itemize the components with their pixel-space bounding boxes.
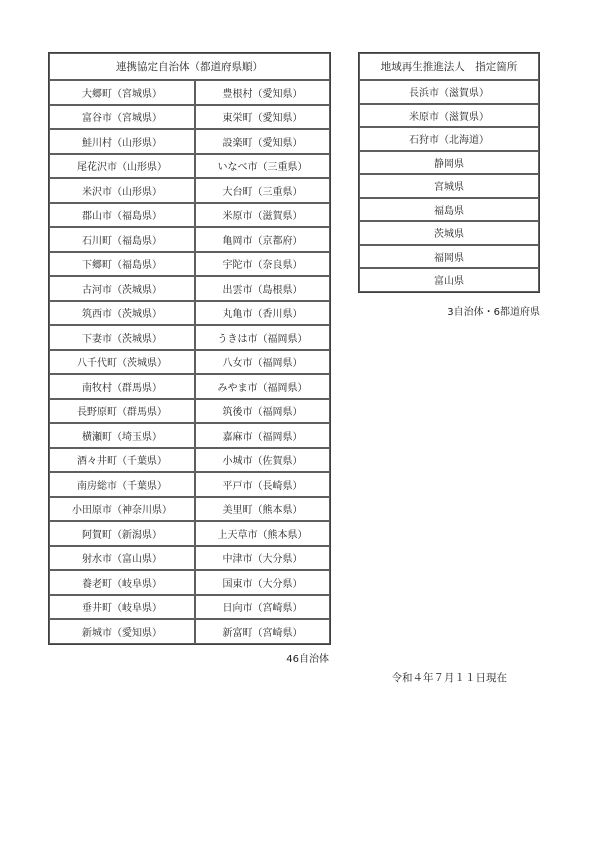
municipality-cell: 阿賀町（新潟県）: [49, 521, 195, 546]
municipality-cell: 大郷町（宮城県）: [49, 80, 195, 105]
municipality-cell: 大台町（三重県）: [195, 178, 330, 203]
right-table-body: 長浜市（滋賀県）米原市（滋賀県）石狩市（北海道）静岡県宮城県福島県茨城県福岡県富…: [359, 80, 539, 292]
municipality-cell: 長野原町（群馬県）: [49, 399, 195, 424]
municipality-cell: 郡山市（福島県）: [49, 203, 195, 228]
designated-place-cell: 石狩市（北海道）: [359, 127, 539, 151]
designated-corporations-table: 地域再生推進法人 指定箇所 長浜市（滋賀県）米原市（滋賀県）石狩市（北海道）静岡…: [358, 52, 540, 293]
municipality-cell: 筑後市（福岡県）: [195, 399, 330, 424]
municipality-cell: 小田原市（神奈川県）: [49, 497, 195, 522]
table-header-row: 地域再生推進法人 指定箇所: [359, 53, 539, 80]
table-row: 富山県: [359, 268, 539, 292]
table-row: 射水市（富山県）中津市（大分県）: [49, 546, 330, 571]
table-row: 小田原市（神奈川県）美里町（熊本県）: [49, 497, 330, 522]
right-table-title: 地域再生推進法人 指定箇所: [359, 53, 539, 80]
municipality-cell: 米沢市（山形県）: [49, 178, 195, 203]
table-header-row: 連携協定自治体（都道府県順）: [49, 53, 330, 80]
table-row: 八千代町（茨城県）八女市（福岡県）: [49, 350, 330, 375]
table-row: 筑西市（茨城県）丸亀市（香川県）: [49, 301, 330, 326]
municipality-cell: 八千代町（茨城県）: [49, 350, 195, 375]
table-row: 阿賀町（新潟県）上天草市（熊本県）: [49, 521, 330, 546]
municipality-cell: 古河市（茨城県）: [49, 276, 195, 301]
left-table-body: 大郷町（宮城県）豊根村（愛知県）富谷市（宮城県）東栄町（愛知県）鮭川村（山形県）…: [49, 80, 330, 644]
municipality-cell: 尾花沢市（山形県）: [49, 154, 195, 179]
table-row: 福岡県: [359, 245, 539, 269]
municipality-cell: 嘉麻市（福岡県）: [195, 423, 330, 448]
table-row: 新城市（愛知県）新富町（宮崎県）: [49, 619, 330, 644]
municipality-cell: 日向市（宮崎県）: [195, 595, 330, 620]
municipality-cell: 南牧村（群馬県）: [49, 374, 195, 399]
municipality-cell: 富谷市（宮城県）: [49, 105, 195, 130]
municipality-cell: 設楽町（愛知県）: [195, 129, 330, 154]
table-row: 養老町（岐阜県）国東市（大分県）: [49, 570, 330, 595]
municipality-cell: 東栄町（愛知県）: [195, 105, 330, 130]
left-table-title: 連携協定自治体（都道府県順）: [49, 53, 330, 80]
table-row: 静岡県: [359, 151, 539, 175]
municipality-cell: 新城市（愛知県）: [49, 619, 195, 644]
partner-municipalities-table: 連携協定自治体（都道府県順） 大郷町（宮城県）豊根村（愛知県）富谷市（宮城県）東…: [48, 52, 331, 645]
designated-place-cell: 米原市（滋賀県）: [359, 104, 539, 128]
table-row: 米沢市（山形県）大台町（三重県）: [49, 178, 330, 203]
municipality-cell: 新富町（宮崎県）: [195, 619, 330, 644]
table-row: 下郷町（福島県）宇陀市（奈良県）: [49, 252, 330, 277]
municipality-cell: 中津市（大分県）: [195, 546, 330, 571]
municipality-cell: うきは市（福岡県）: [195, 325, 330, 350]
table-row: 長浜市（滋賀県）: [359, 80, 539, 104]
table-row: 大郷町（宮城県）豊根村（愛知県）: [49, 80, 330, 105]
municipality-cell: 養老町（岐阜県）: [49, 570, 195, 595]
table-row: 尾花沢市（山形県）いなべ市（三重県）: [49, 154, 330, 179]
table-row: 茨城県: [359, 221, 539, 245]
designated-place-cell: 福島県: [359, 198, 539, 222]
municipality-cell: 平戸市（長崎県）: [195, 472, 330, 497]
municipality-cell: 豊根村（愛知県）: [195, 80, 330, 105]
municipality-cell: 小城市（佐賀県）: [195, 448, 330, 473]
left-table-total-count: 46自治体: [48, 650, 329, 665]
designated-place-cell: 宮城県: [359, 174, 539, 198]
designated-place-cell: 長浜市（滋賀県）: [359, 80, 539, 104]
municipality-cell: 石川町（福島県）: [49, 227, 195, 252]
designated-place-cell: 静岡県: [359, 151, 539, 175]
municipality-cell: 横瀬町（埼玉県）: [49, 423, 195, 448]
municipality-cell: 宇陀市（奈良県）: [195, 252, 330, 277]
municipality-cell: 下妻市（茨城県）: [49, 325, 195, 350]
municipality-cell: 射水市（富山県）: [49, 546, 195, 571]
table-row: 富谷市（宮城県）東栄町（愛知県）: [49, 105, 330, 130]
table-row: 長野原町（群馬県）筑後市（福岡県）: [49, 399, 330, 424]
municipality-cell: 米原市（滋賀県）: [195, 203, 330, 228]
municipality-cell: 筑西市（茨城県）: [49, 301, 195, 326]
designated-place-cell: 茨城県: [359, 221, 539, 245]
municipality-cell: 南房総市（千葉県）: [49, 472, 195, 497]
as-of-date-label: 令和４年７月１１日現在: [0, 670, 507, 685]
document-page: 連携協定自治体（都道府県順） 大郷町（宮城県）豊根村（愛知県）富谷市（宮城県）東…: [0, 0, 595, 841]
municipality-cell: いなべ市（三重県）: [195, 154, 330, 179]
table-row: 横瀬町（埼玉県）嘉麻市（福岡県）: [49, 423, 330, 448]
municipality-cell: 美里町（熊本県）: [195, 497, 330, 522]
table-row: 古河市（茨城県）出雲市（島根県）: [49, 276, 330, 301]
table-row: 郡山市（福島県）米原市（滋賀県）: [49, 203, 330, 228]
municipality-cell: 八女市（福岡県）: [195, 350, 330, 375]
municipality-cell: 出雲市（島根県）: [195, 276, 330, 301]
municipality-cell: みやま市（福岡県）: [195, 374, 330, 399]
designated-place-cell: 福岡県: [359, 245, 539, 269]
table-row: 垂井町（岐阜県）日向市（宮崎県）: [49, 595, 330, 620]
municipality-cell: 酒々井町（千葉県）: [49, 448, 195, 473]
municipality-cell: 上天草市（熊本県）: [195, 521, 330, 546]
municipality-cell: 国東市（大分県）: [195, 570, 330, 595]
municipality-cell: 垂井町（岐阜県）: [49, 595, 195, 620]
table-row: 下妻市（茨城県）うきは市（福岡県）: [49, 325, 330, 350]
municipality-cell: 亀岡市（京都府）: [195, 227, 330, 252]
table-row: 鮭川村（山形県）設楽町（愛知県）: [49, 129, 330, 154]
table-row: 石狩市（北海道）: [359, 127, 539, 151]
table-row: 南牧村（群馬県）みやま市（福岡県）: [49, 374, 330, 399]
table-row: 米原市（滋賀県）: [359, 104, 539, 128]
table-row: 石川町（福島県）亀岡市（京都府）: [49, 227, 330, 252]
designated-place-cell: 富山県: [359, 268, 539, 292]
municipality-cell: 下郷町（福島県）: [49, 252, 195, 277]
municipality-cell: 鮭川村（山形県）: [49, 129, 195, 154]
municipality-cell: 丸亀市（香川県）: [195, 301, 330, 326]
table-row: 酒々井町（千葉県）小城市（佐賀県）: [49, 448, 330, 473]
table-row: 宮城県: [359, 174, 539, 198]
table-row: 福島県: [359, 198, 539, 222]
right-table-total-count: 3自治体・6都道府県: [358, 303, 540, 318]
table-row: 南房総市（千葉県）平戸市（長崎県）: [49, 472, 330, 497]
